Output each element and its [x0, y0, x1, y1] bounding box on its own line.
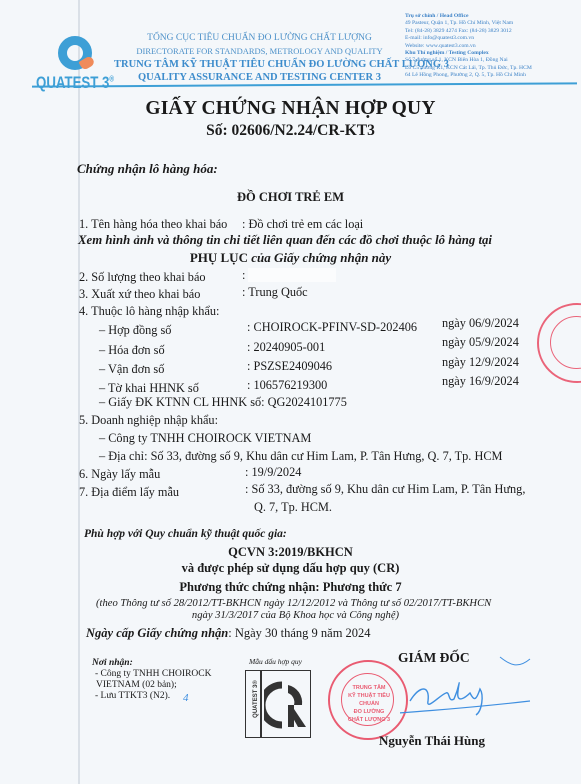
document-title: GIẤY CHỨNG NHẬN HỢP QUY	[0, 98, 581, 120]
recipient-2: - Lưu TTKT3 (N2).	[95, 691, 170, 702]
org-line-2: DIRECTORATE FOR STANDARDS, METROLOGY AND…	[122, 45, 397, 58]
product-name: ĐỒ CHƠI TRẺ EM	[0, 190, 581, 205]
issue-date-label: Ngày cấp Giấy chứng nhận	[86, 626, 228, 640]
appendix-suffix: của Giấy chứng nhận này	[248, 250, 391, 265]
item5-label: 5. Doanh nghiệp nhập khẩu:	[79, 413, 218, 428]
issue-date: Ngày cấp Giấy chứng nhận: Ngày 30 tháng …	[86, 626, 371, 641]
appendix-note-line2: PHỤ LỤC của Giấy chứng nhận này	[0, 250, 581, 265]
customs-declaration-label: – Tờ khai HHNK số	[99, 381, 199, 396]
item4-label: 4. Thuộc lô hàng nhập khẩu:	[79, 304, 219, 319]
certificate-page: QUATEST 3® TỔNG CỤC TIÊU CHUẨN ĐO LƯỜNG …	[0, 0, 581, 784]
org-line-3: TRUNG TÂM KỸ THUẬT TIÊU CHUẨN ĐO LƯỜNG C…	[114, 58, 397, 71]
cert-label: Chứng nhận lô hàng hóa:	[77, 161, 218, 176]
stamp-text: TRUNG TÂM KỸ THUẬT TIÊU CHUẨN ĐO LƯỜNG C…	[338, 684, 400, 724]
mark-label: Mẫu dấu hợp quy	[249, 654, 302, 669]
testing-address-3: 64 Lê Hồng Phong, Phường 2, Q. 5, Tp. Hồ…	[405, 72, 580, 79]
item6-label: 6. Ngày lấy mẫu	[79, 467, 160, 482]
issue-date-value: : Ngày 30 tháng 9 năm 2024	[228, 626, 370, 640]
contract-value: : CHOIROCK-PFINV-SD-202406	[247, 320, 417, 335]
redacted-quantity	[248, 268, 336, 282]
item6-value: : 19/9/2024	[245, 465, 301, 480]
head-office-address: 49 Pasteur, Quận 1, Tp. Hồ Chí Minh, Việ…	[405, 20, 580, 27]
inspection-registration: – Giấy ĐK KTNN CL HHNK số: QG2024101775	[99, 395, 347, 410]
cr-conformity-mark: QUATEST 3®	[245, 670, 311, 738]
contract-label: – Hợp đồng số	[99, 323, 171, 338]
importer-name: – Công ty TNHH CHOIROCK VIETNAM	[99, 431, 311, 446]
director-signature	[400, 655, 540, 735]
standard-code: QCVN 3:2019/BKHCN	[0, 545, 581, 560]
organization-block: TỔNG CỤC TIÊU CHUẨN ĐO LƯỜNG CHẤT LƯỢNG …	[122, 32, 397, 84]
website: Website: www.quatest3.com.vn	[405, 43, 580, 50]
email: E-mail: info@quatest3.com.vn	[405, 35, 580, 42]
appendix-note: Xem hình ảnh và thông tin chi tiết liên …	[78, 233, 492, 248]
appendix-label: PHỤ LỤC	[190, 250, 248, 265]
mark-divider	[260, 671, 262, 737]
bill-of-lading-date: ngày 12/9/2024	[442, 355, 519, 370]
recipient-1-cont: VIETNAM (02 bản);	[96, 680, 177, 691]
conformity-label: Phù hợp với Quy chuẩn kỹ thuật quốc gia:	[84, 527, 287, 542]
invoice-label: – Hóa đơn số	[99, 343, 165, 358]
item3-value: : Trung Quốc	[242, 285, 308, 300]
item3-label: 3. Xuất xứ theo khai báo	[79, 287, 200, 302]
customs-declaration-date: ngày 16/9/2024	[442, 374, 519, 389]
item7-label: 7. Địa điểm lấy mẫu	[79, 485, 179, 500]
testing-address-1: Số 7 đường số 1, KCN Biên Hòa 1, Đồng Na…	[405, 57, 580, 64]
invoice-date: ngày 05/9/2024	[442, 335, 519, 350]
initials-mark: 4	[183, 691, 189, 706]
item1-value: : Đồ chơi trẻ em các loại	[242, 217, 363, 232]
logo-text: QUATEST 3®	[36, 73, 114, 93]
invoice-value: : 20240905-001	[247, 340, 325, 355]
bill-of-lading-label: – Vận đơn số	[99, 362, 164, 377]
customs-declaration-value: : 106576219300	[247, 378, 327, 393]
edge-stamp-inner-ring	[550, 316, 581, 369]
certificate-number: Số: 02606/N2.24/CR-KT3	[0, 122, 581, 140]
contact-block: Trụ sở chính / Head Office 49 Pasteur, Q…	[405, 13, 580, 80]
item2-label: 2. Số lượng theo khai báo	[79, 270, 206, 285]
official-red-stamp: TRUNG TÂM KỸ THUẬT TIÊU CHUẨN ĐO LƯỜNG C…	[328, 660, 408, 740]
recipient-1: - Công ty TNHH CHOIROCK	[95, 669, 211, 680]
org-line-4: QUALITY ASSURANCE AND TESTING CENTER 3	[122, 71, 397, 84]
mark-side-text: QUATEST 3®	[253, 680, 259, 718]
bill-of-lading-value: : PSZSE2409046	[247, 359, 332, 374]
item1-label: 1. Tên hàng hóa theo khai báo	[79, 217, 227, 232]
method-note-line2: ngày 31/3/2017 của Bộ Khoa học và Công n…	[0, 608, 581, 623]
item7-value-line1: : Số 33, đường số 9, Khu dân cư Him Lam,…	[245, 482, 525, 497]
item7-value-line2: Q. 7, Tp. HCM.	[254, 500, 332, 515]
org-line-1: TỔNG CỤC TIÊU CHUẨN ĐO LƯỜNG CHẤT LƯỢNG	[122, 32, 397, 45]
certification-method: Phương thức chứng nhận: Phương thức 7	[0, 580, 581, 595]
contract-date: ngày 06/9/2024	[442, 316, 519, 331]
cr-logo-icon	[264, 679, 308, 731]
signer-name: Nguyễn Thái Hùng	[379, 733, 485, 748]
edge-seal-stamp	[537, 303, 581, 383]
item2-value: :	[242, 268, 245, 283]
importer-address: – Địa chỉ: Số 33, đường số 9, Khu dân cư…	[99, 449, 502, 464]
cr-permission: và được phép sử dụng dấu hợp quy (CR)	[0, 561, 581, 576]
